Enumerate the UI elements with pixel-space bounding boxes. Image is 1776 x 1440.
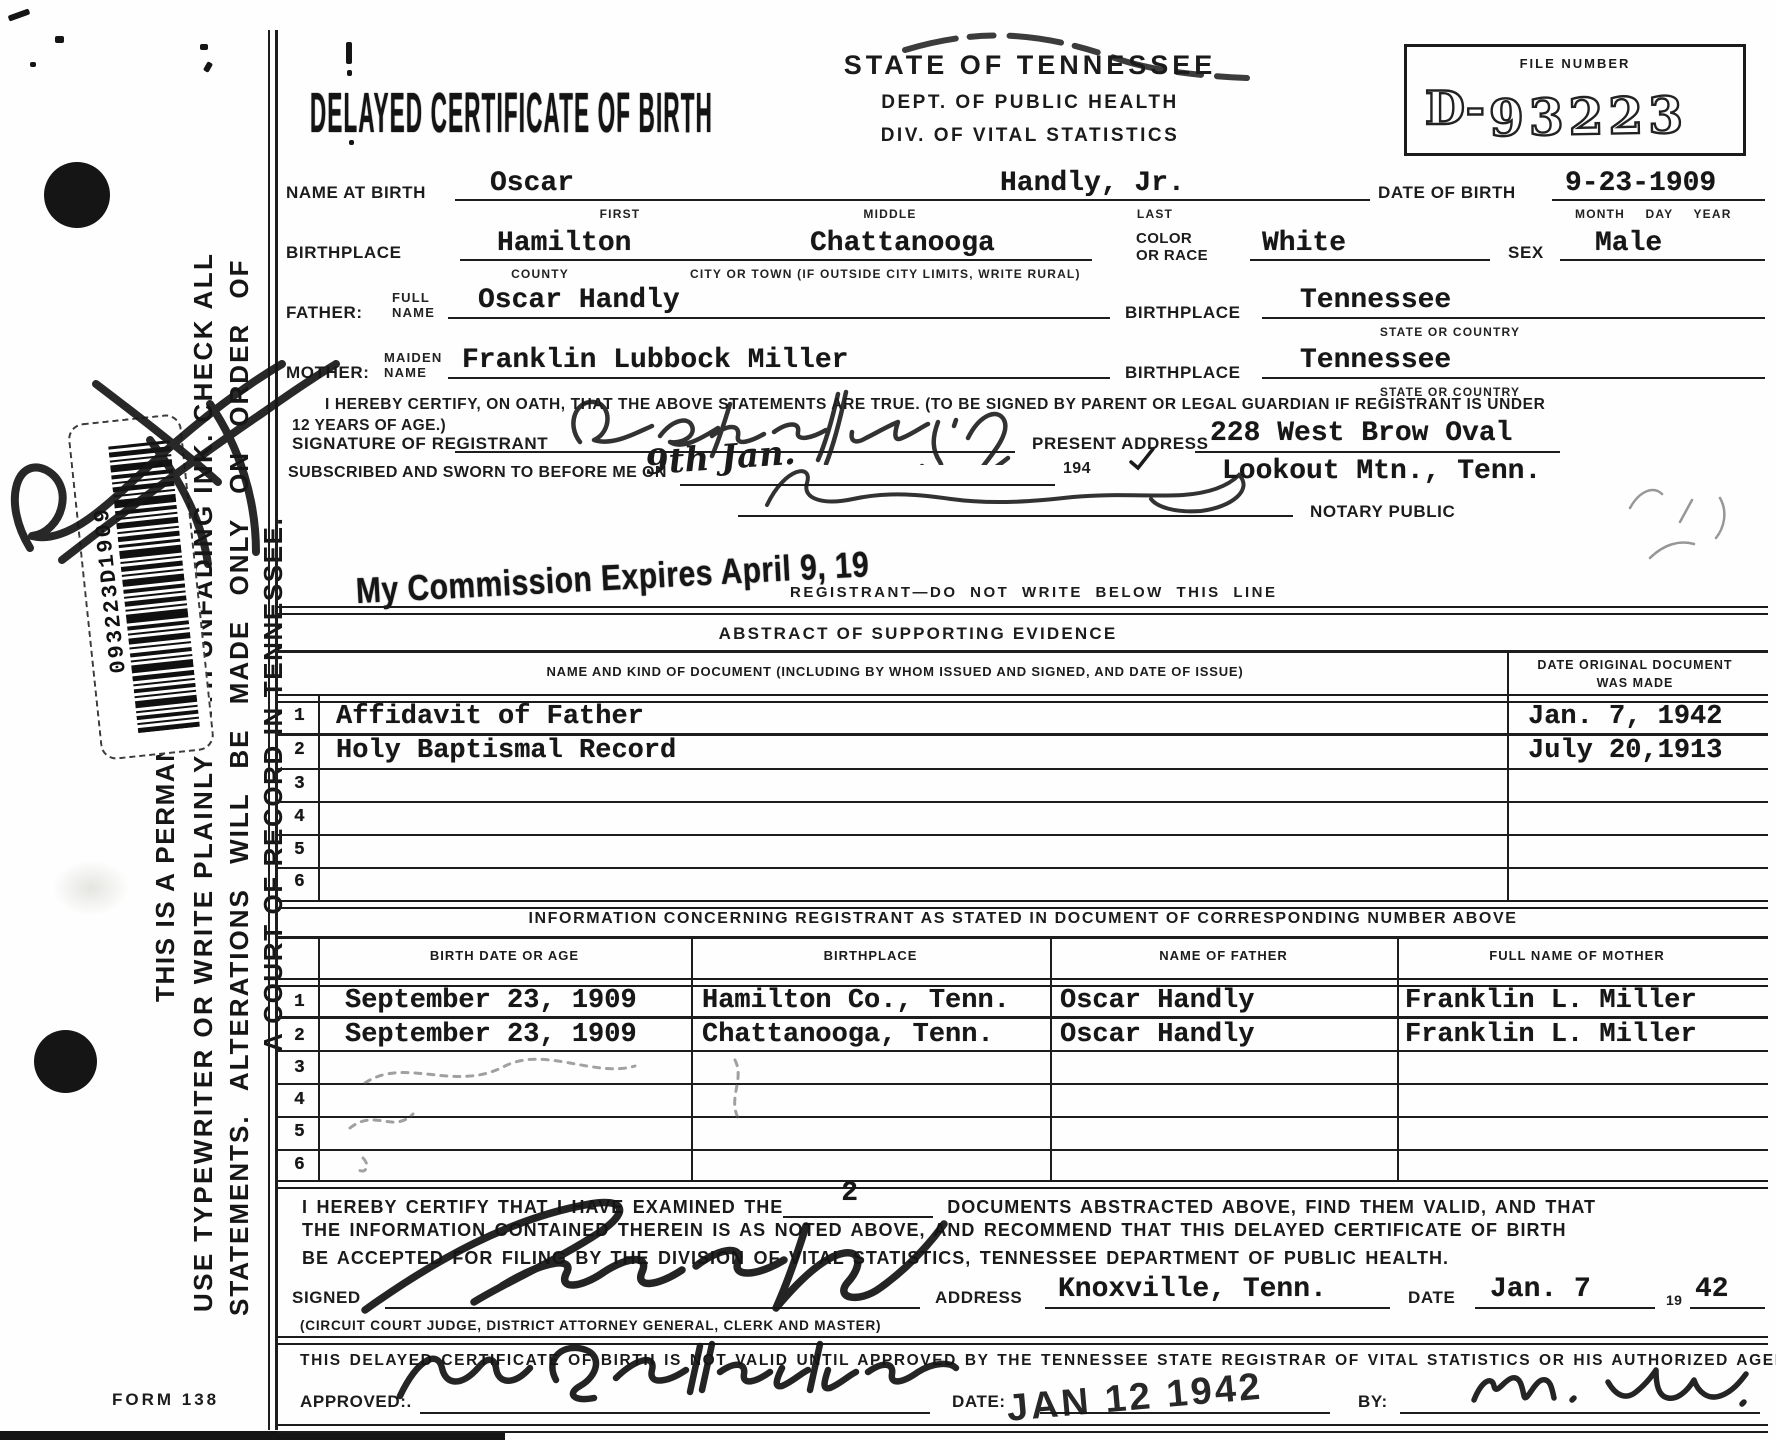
father-birthplace-label: BIRTHPLACE [1125,303,1241,323]
approved-by-underline [1400,1412,1760,1414]
notary-label: NOTARY PUBLIC [1310,502,1455,522]
abstract-row-num: 3 [294,774,305,794]
info-col-divider-3 [1397,936,1399,1182]
abstract-row-num: 6 [294,872,305,892]
info-row-num: 5 [294,1122,305,1142]
info-row-father: Oscar Handly [1060,986,1254,1016]
notary-signature [755,455,1265,517]
info-col-header-father: NAME OF FATHER [1050,948,1397,963]
info-row-num: 4 [294,1090,305,1110]
dept-line: DEPT. OF PUBLIC HEALTH [830,92,1230,114]
abstract-row-date: July 20,1913 [1528,736,1722,766]
judge-signature [350,1198,950,1316]
info-row-birthdate: September 23, 1909 [345,986,637,1016]
form-number: FORM 138 [112,1390,219,1410]
abstract-row-num: 1 [294,706,305,726]
color-or-race-label: COLOR OR RACE [1136,230,1208,264]
document-title: DELAYED CERTIFICATE OF BIRTH [310,80,713,146]
commission-expiry-stamp: My Commission Expires April 9, 19 [355,545,870,613]
info-col-header-birthplace: BIRTHPLACE [691,948,1050,963]
scan-speck [203,61,213,73]
mother-birthplace-underline [1262,377,1765,379]
father-birthplace-sub: STATE OR COUNTRY [1330,325,1570,339]
info-col-header-birthdate: BIRTH DATE OR AGE [318,948,691,963]
abstract-row-num: 5 [294,840,305,860]
approval-date-stamp: JAN 12 1942 [1005,1366,1265,1431]
birthplace-city-value: Chattanooga [810,228,995,259]
info-row-num: 2 [294,1026,305,1046]
info-row-mother: Franklin L. Miller [1405,986,1697,1016]
state-heading: STATE OF TENNESSEE DEPT. OF PUBLIC HEALT… [830,50,1230,147]
father-birthplace-underline [1262,317,1765,319]
scan-speck [200,44,208,50]
info-row-mother: Franklin L. Miller [1405,1020,1697,1050]
abstract-date-col-divider [1507,650,1509,902]
notary-underline [738,515,1293,517]
race-underline [1250,259,1490,261]
name-underline [455,199,1370,201]
date-of-birth-label: DATE OF BIRTH [1378,183,1516,203]
mother-name-underline [448,377,1110,379]
mother-sub-line2: NAME [384,365,442,380]
abstract-row-rule [278,768,1768,770]
file-number-box: FILE NUMBER D- 93223 [1404,44,1746,156]
sub-city: CITY OR TOWN (IF OUTSIDE CITY LIMITS, WR… [690,267,1081,281]
mother-sub-line1: MAIDEN [384,350,442,365]
info-header-top-rule [278,936,1768,939]
abstract-date-col-header-line1: DATE ORIGINAL DOCUMENT [1510,658,1760,672]
color-or-race-value: White [1262,228,1346,259]
color-label-line2: OR RACE [1136,247,1208,264]
abstract-row-document: Holy Baptismal Record [336,736,676,766]
info-row-father: Oscar Handly [1060,1020,1254,1050]
info-col-header-mother: FULL NAME OF MOTHER [1397,948,1757,963]
pencil-marks [1620,478,1750,588]
abstract-row-rule [278,801,1768,803]
scan-speck [346,42,352,64]
present-address-value2: Lookout Mtn., Tenn. [1222,456,1541,487]
birthplace-underline [460,259,1092,261]
abstract-number-col-divider [318,694,320,902]
father-sub-label: FULL NAME [392,290,435,320]
name-at-birth-label: NAME AT BIRTH [286,183,426,203]
info-row-num: 6 [294,1155,305,1175]
margin-scrawl-signature [0,208,345,588]
name-last-value: Handly, Jr. [1000,168,1185,199]
present-address-label: PRESENT ADDRESS [1032,434,1209,454]
abstract-document-col-header: NAME AND KIND OF DOCUMENT (INCLUDING BY … [330,664,1460,679]
file-number-label: FILE NUMBER [1407,56,1743,71]
mother-birthplace-value: Tennessee [1300,345,1451,376]
abstract-row-rule [278,834,1768,836]
date-of-birth-value: 9-23-1909 [1565,168,1716,199]
date-underline [1475,1307,1655,1309]
approved-by-initials-signature [1460,1352,1750,1412]
abstract-bottom-rule [278,900,1768,909]
registrant-info-title: INFORMATION CONCERNING REGISTRANT AS STA… [278,910,1768,928]
info-row-num: 1 [294,992,305,1012]
date-of-birth-sub: MONTH DAY YEAR [1575,207,1732,221]
scan-speck [347,70,352,76]
father-name-underline [448,317,1110,319]
certification-line1-after: DOCUMENTS ABSTRACTED ABOVE, FIND THEM VA… [947,1197,1596,1217]
registrar-approval-signature [388,1330,963,1416]
scan-speck [8,8,31,21]
file-number-prefix: D- [1425,81,1485,135]
approved-by-label: BY: [1358,1392,1388,1412]
name-first-value: Oscar [490,168,574,199]
info-row-rule [278,1016,1768,1019]
info-number-col-divider [318,936,320,1182]
address-value: Knoxville, Tenn. [1058,1274,1327,1305]
sub-middle: MIDDLE [845,207,935,221]
abstract-row-document: Affidavit of Father [336,702,644,732]
mother-birthplace-label: BIRTHPLACE [1125,363,1241,383]
birthplace-county-value: Hamilton [497,228,631,259]
margin-note-court: A COURT OF RECORD IN TENNESSEE. [258,517,289,1052]
sub-first: FIRST [575,207,665,221]
sex-value: Male [1595,228,1662,259]
color-label-line1: COLOR [1136,230,1208,247]
scan-speck [55,36,64,43]
father-birthplace-value: Tennessee [1300,285,1451,316]
info-col-divider-2 [1050,936,1052,1182]
division-line: DIV. OF VITAL STATISTICS [830,125,1230,147]
year-value: 42 [1695,1274,1729,1305]
date-of-birth-underline [1552,199,1765,201]
date-label: DATE [1408,1288,1455,1308]
present-address-value1: 228 West Brow Oval [1210,418,1512,449]
do-not-write-label: REGISTRANT—DO NOT WRITE BELOW THIS LINE [790,584,1278,601]
date-value: Jan. 7 [1490,1274,1591,1305]
present-address-underline [1195,451,1560,453]
abstract-date-col-header-line2: WAS MADE [1510,676,1760,690]
punch-hole-bottom [34,1030,97,1093]
info-bottom-rule [278,1180,1768,1189]
abstract-row-date: Jan. 7, 1942 [1528,702,1722,732]
pencil-scribble [335,1038,785,1178]
info-row-num: 3 [294,1058,305,1078]
father-sub-line2: NAME [392,305,435,320]
abstract-row-num: 4 [294,807,305,827]
abstract-header-top-rule [278,650,1768,653]
scan-speck [30,62,36,67]
sub-last: LAST [1110,207,1200,221]
address-underline [1045,1307,1390,1309]
info-row-birthplace: Hamilton Co., Tenn. [702,986,1010,1016]
mother-sub-label: MAIDEN NAME [384,350,442,380]
father-name-value: Oscar Handly [478,285,680,316]
file-number-value: 93223 [1489,85,1689,147]
state-line: STATE OF TENNESSEE [830,50,1230,81]
section-divider [278,606,1768,615]
year-printed: 19 [1666,1292,1682,1308]
mother-name-value: Franklin Lubbock Miller [462,345,848,376]
ghost-smudge [52,860,130,916]
sex-underline [1560,259,1765,261]
sex-label: SEX [1508,243,1544,263]
abstract-row-num: 2 [294,740,305,760]
sub-county: COUNTY [495,267,585,281]
year-underline [1690,1307,1765,1309]
abstract-title: ABSTRACT OF SUPPORTING EVIDENCE [278,624,1558,644]
abstract-row-rule [278,867,1768,869]
father-sub-line1: FULL [392,290,435,305]
scanned-birth-certificate: THIS IS A PERMANENT RECORD USE TYPEWRITE… [0,0,1776,1440]
